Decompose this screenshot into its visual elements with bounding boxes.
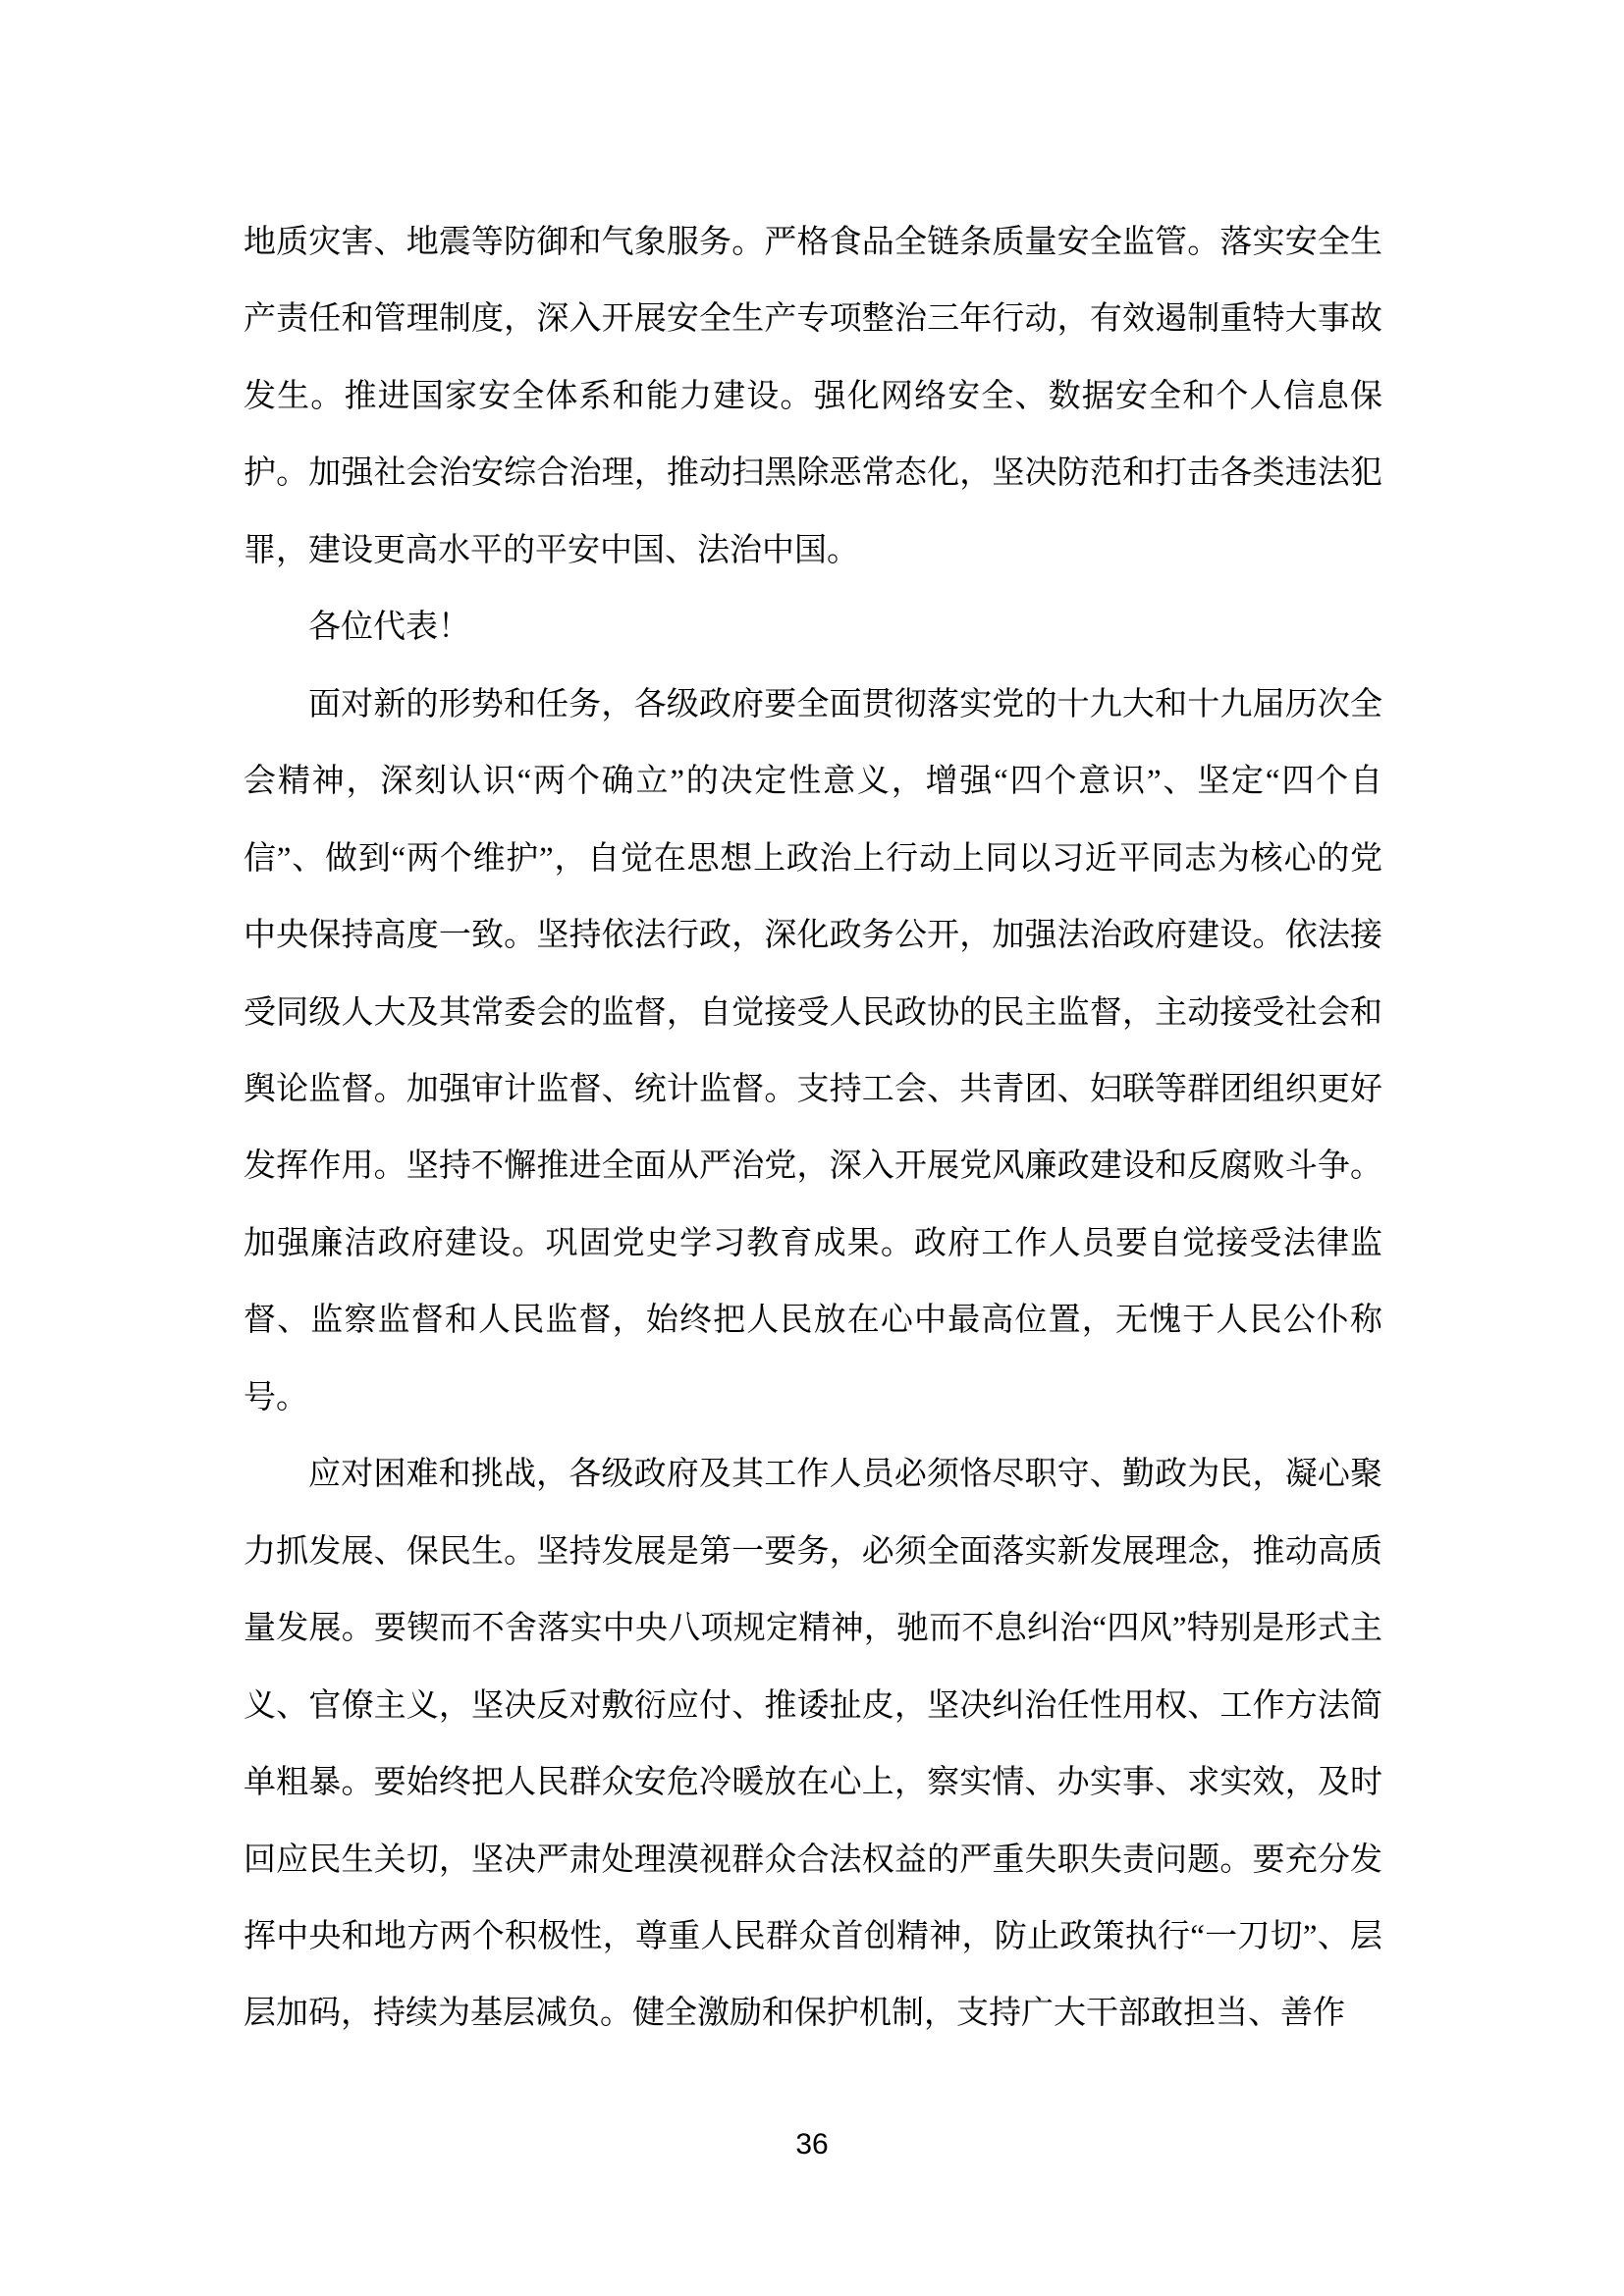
document-page: 地质灾害、地震等防御和气象服务。严格食品全链条质量安全监管。落实安全生产责任和管… bbox=[0, 0, 1624, 2296]
paragraph: 地质灾害、地震等防御和气象服务。严格食品全链条质量安全监管。落实安全生产责任和管… bbox=[244, 204, 1382, 589]
paragraphs-container: 地质灾害、地震等防御和气象服务。严格食品全链条质量安全监管。落实安全生产责任和管… bbox=[244, 204, 1382, 2053]
page-number: 36 bbox=[0, 2128, 1624, 2162]
paragraph: 各位代表！ bbox=[244, 589, 1382, 666]
paragraph: 应对困难和挑战，各级政府及其工作人员必须恪尽职守、勤政为民，凝心聚力抓发展、保民… bbox=[244, 1436, 1382, 2053]
paragraph: 面对新的形势和任务，各级政府要全面贯彻落实党的十九大和十九届历次全会精神，深刻认… bbox=[244, 667, 1382, 1437]
